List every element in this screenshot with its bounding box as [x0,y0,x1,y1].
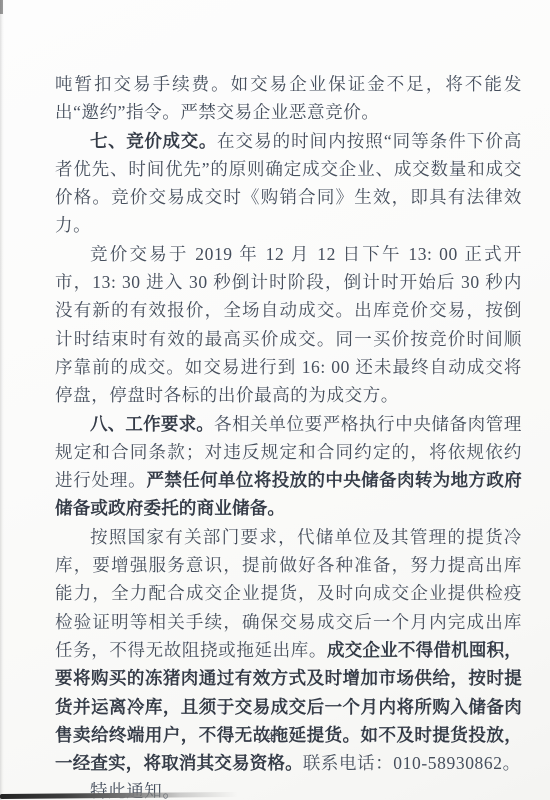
page-number: 4 [0,729,540,746]
scan-corner-artifact [0,0,3,14]
contact-phone-text: 联系电话：010-58930862。 [303,753,521,773]
paragraph-trading-schedule: 竞价交易于 2019 年 12 月 12 日下午 13: 00 正式开市，13:… [55,240,522,410]
document-body: 吨暂扣交易手续费。如交易企业保证金不足，将不能发出“邀约”指令。严禁交易企业恶意… [55,70,522,800]
scanned-document-page: 吨暂扣交易手续费。如交易企业保证金不足，将不能发出“邀约”指令。严禁交易企业恶意… [0,0,550,800]
paragraph-section-7: 七、竞价成交。在交易的时间内按照“同等条件下价高者优先、时间优先”的原则确定成交… [55,127,522,240]
scan-left-edge-shading [0,0,4,800]
body-text: 竞价交易于 2019 年 12 月 12 日下午 13: 00 正式开市，13:… [55,244,522,405]
section-heading-work-requirements: 八、工作要求。 [90,414,214,434]
section-heading-bidding-deal: 七、竞价成交。 [90,131,217,151]
body-text: 吨暂扣交易手续费。如交易企业保证金不足，将不能发出“邀约”指令。严禁交易企业恶意… [55,74,522,122]
paragraph-continuation: 吨暂扣交易手续费。如交易企业保证金不足，将不能发出“邀约”指令。严禁交易企业恶意… [55,70,522,127]
paragraph-section-8: 八、工作要求。各相关单位要严格执行中央储备肉管理规定和合同条款；对违反规定和合同… [55,410,522,523]
